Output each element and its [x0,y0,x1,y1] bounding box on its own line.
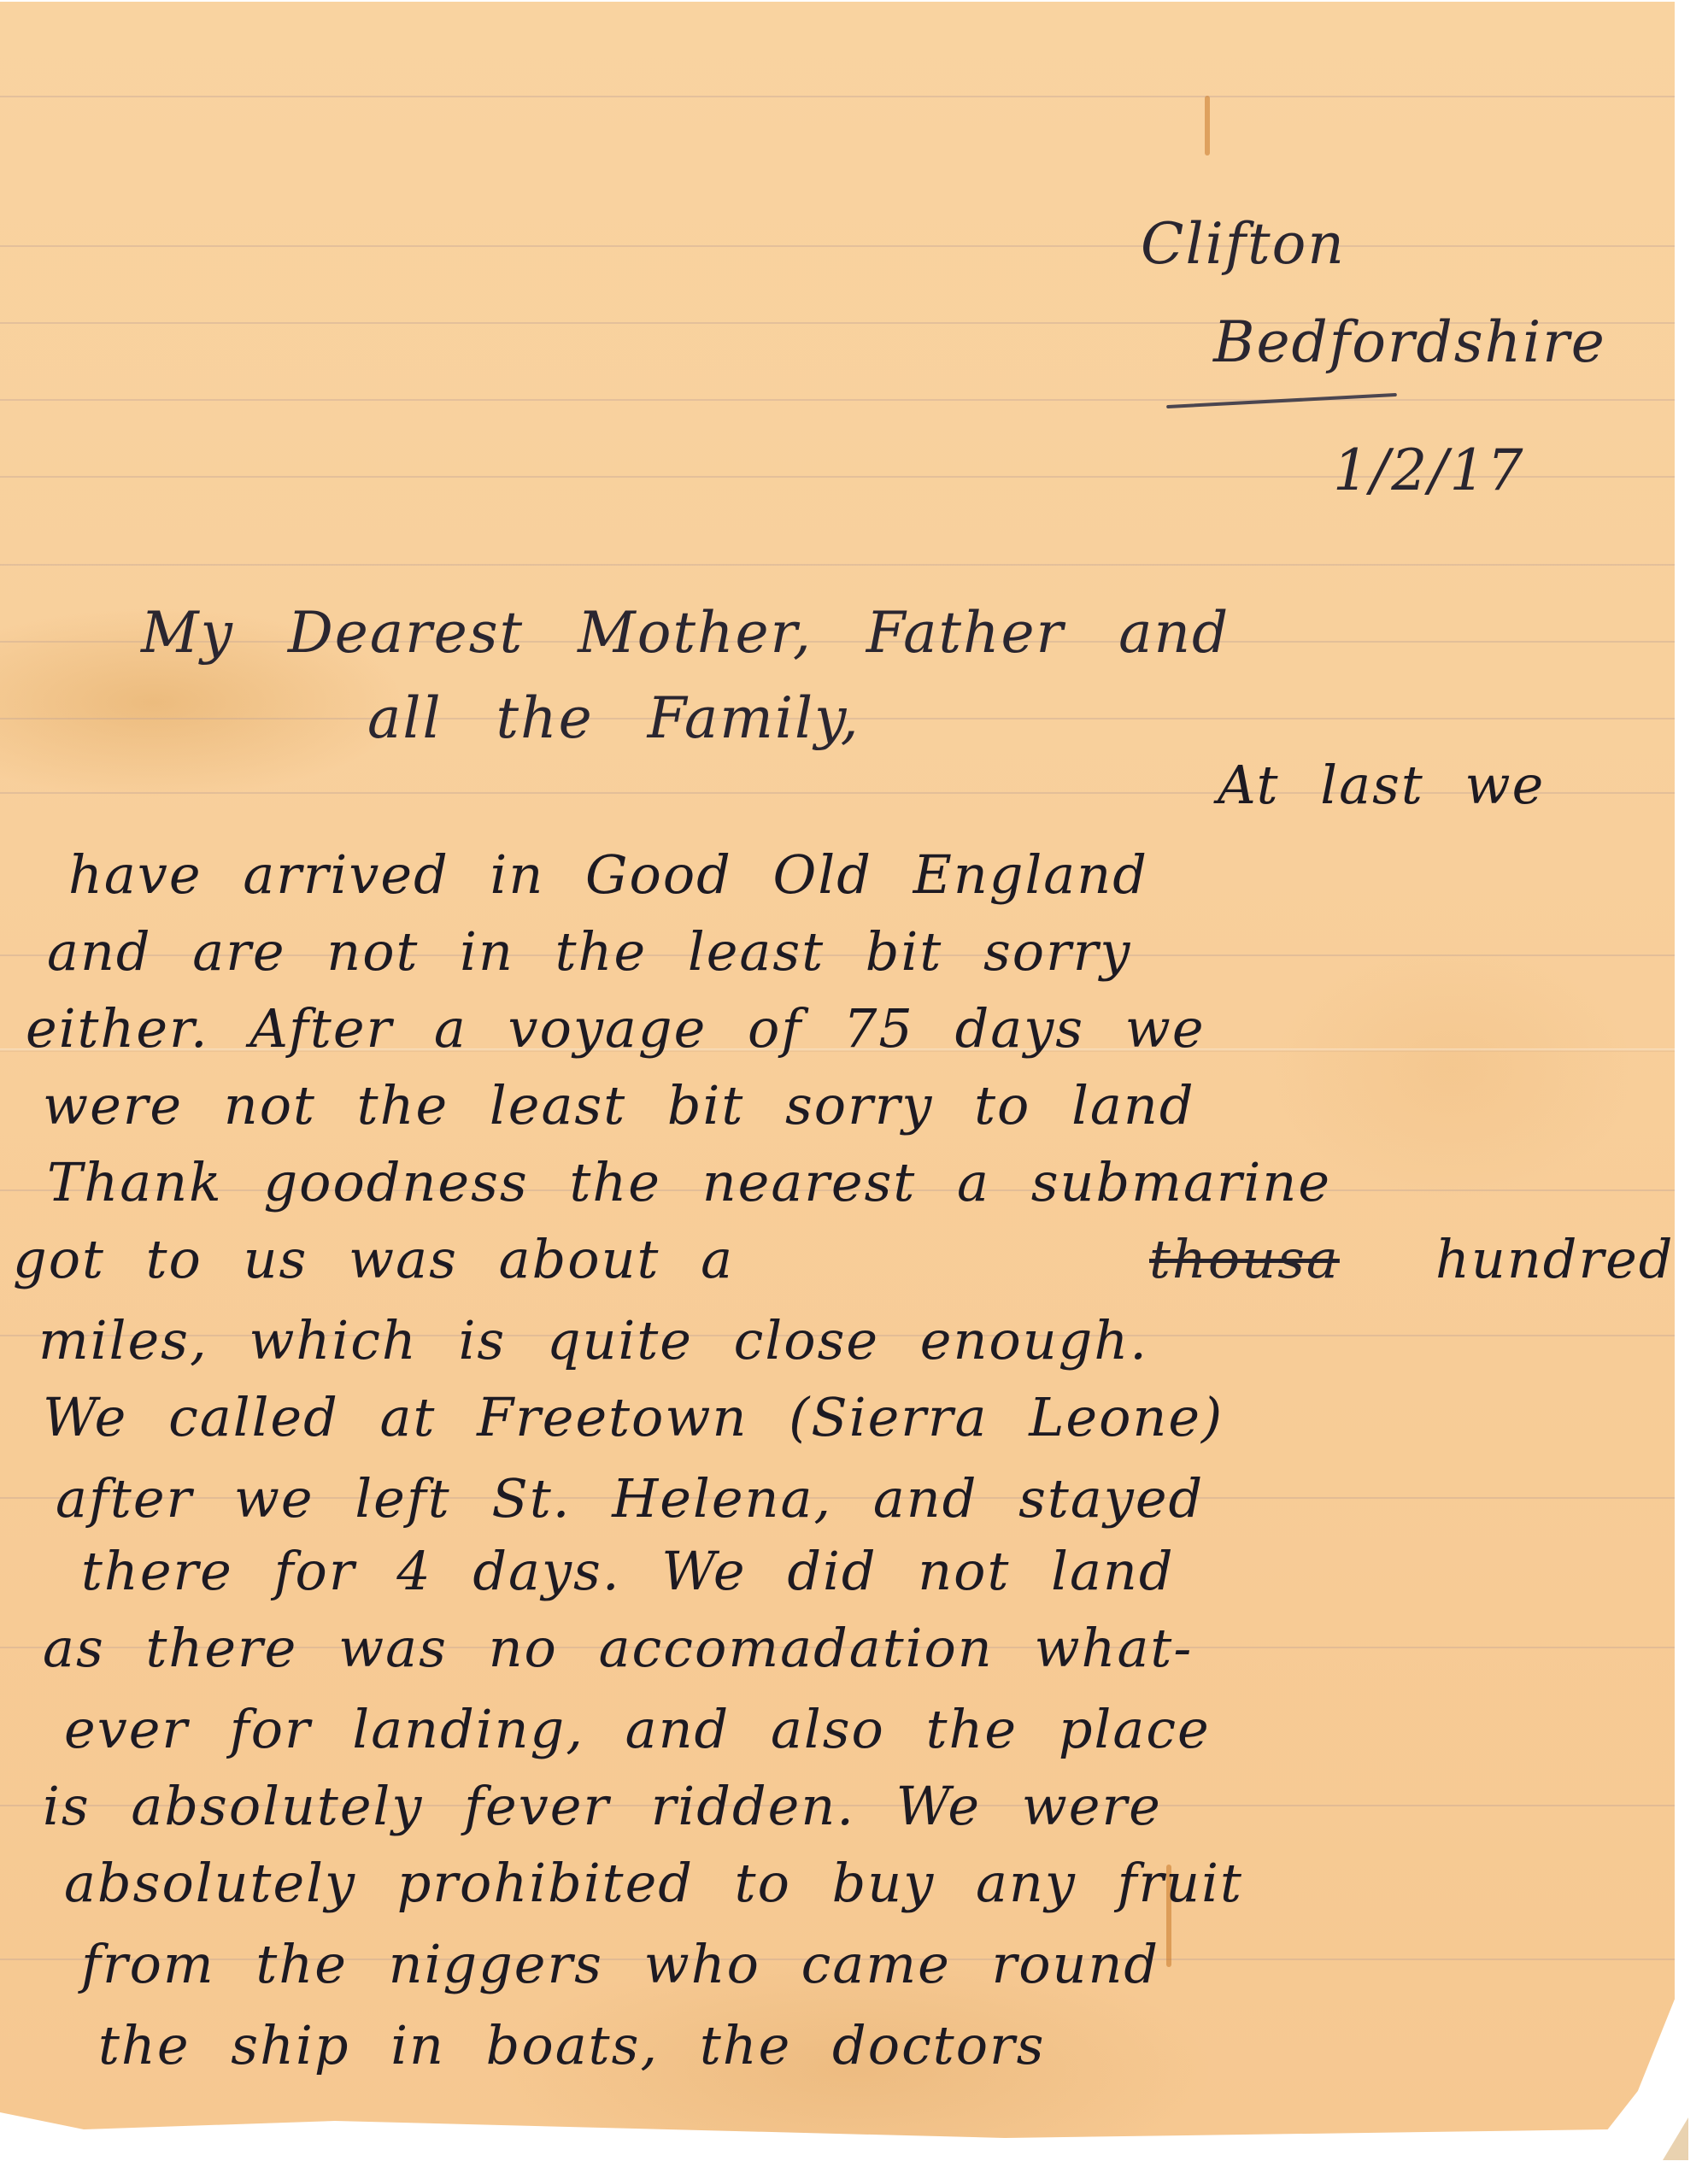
letter-date: 1/2/17 [1333,438,1524,503]
ink-stain [1205,96,1210,156]
body-line: there for 4 days. We did not land [81,1540,1175,1602]
body-line: is absolutely fever ridden. We were [43,1775,1162,1837]
place-line-1: Clifton [1141,211,1346,277]
body-line: have arrived in Good Old England [68,843,1148,906]
salutation-line-2: all the Family, [367,685,860,751]
body-line: as there was no accomadation what- [43,1617,1193,1679]
body-line: miles, which is quite close enough. [38,1309,1148,1371]
body-line: absolutely prohibited to buy any fruit [64,1852,1243,1914]
ruled-line [0,399,1675,401]
struck-out-word: thousa [1149,1228,1340,1290]
letter-page: Clifton Bedfordshire 1/2/17 My Dearest M… [0,2,1675,2138]
body-line: after we left St. Helena, and stayed [56,1467,1204,1530]
body-line: and are not in the least bit sorry [47,920,1131,983]
body-line: ever for landing, and also the place [64,1698,1211,1760]
body-line: either. After a voyage of 75 days we [26,997,1206,1060]
body-line: from the niggers who came round [81,1933,1159,1995]
folded-corner [1663,2117,1688,2160]
ruled-line [0,245,1675,247]
ruled-line [0,96,1675,97]
body-line: hundred [1435,1228,1675,1290]
body-line: the ship in boats, the doctors [98,2014,1046,2076]
ruled-line [0,564,1675,566]
place-line-2: Bedfordshire [1213,309,1606,375]
underline-stroke [1166,393,1397,408]
body-line: At last we [1218,754,1545,816]
body-line: We called at Freetown (Sierra Leone) [43,1386,1224,1448]
body-line: Thank goodness the nearest a submarine [47,1151,1331,1213]
salutation-line-1: My Dearest Mother, Father and [141,600,1230,666]
body-line: got to us was about a [13,1228,734,1290]
body-line: were not the least bit sorry to land [43,1074,1195,1136]
